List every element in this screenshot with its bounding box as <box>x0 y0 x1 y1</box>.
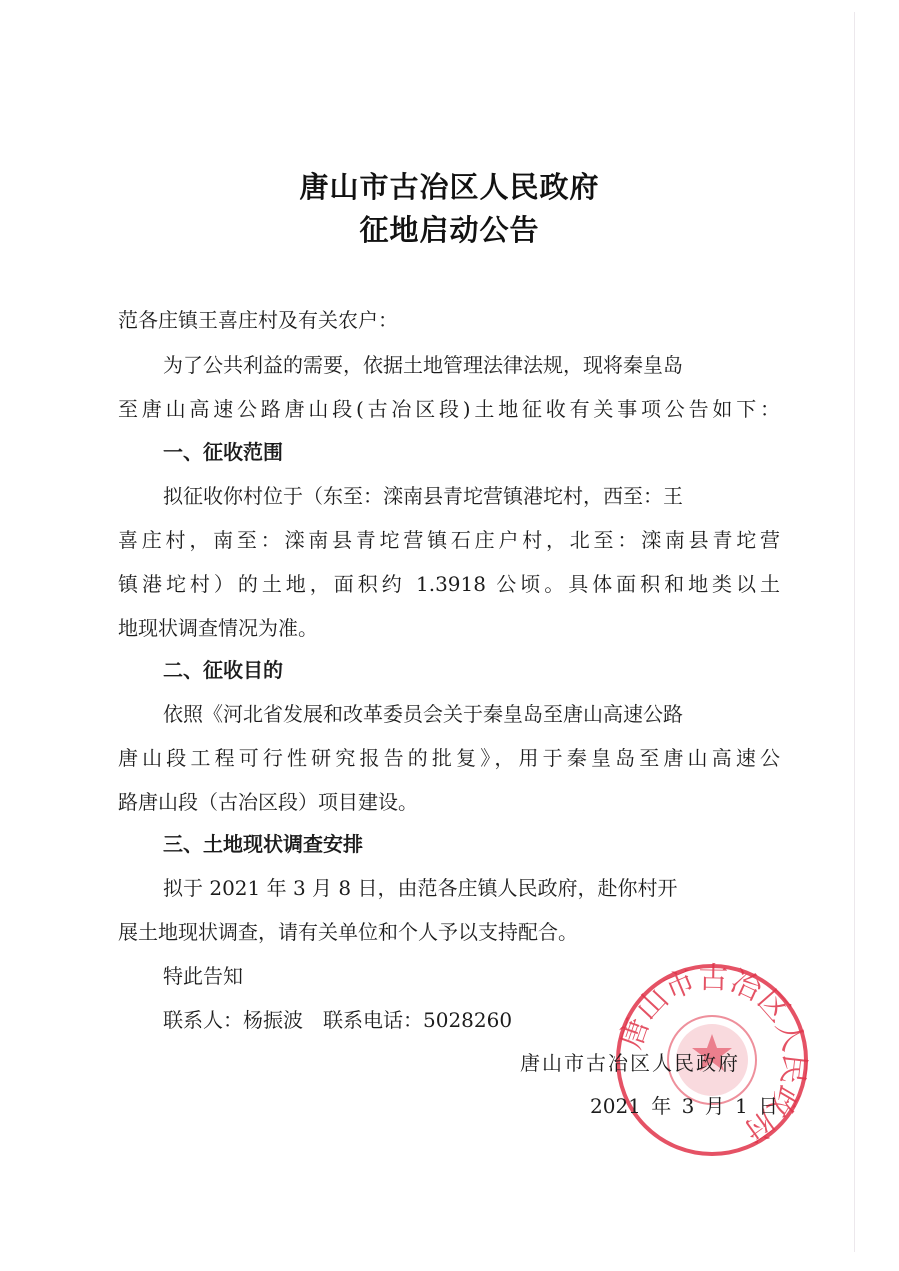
signature-date: 2021 年 3 月 1 日 <box>590 1090 778 1119</box>
survey-line-2: 展土地现状调查，请有关单位和个人予以支持配合。 <box>118 916 578 945</box>
scope-line-3: 镇港坨村）的土地，面积约 1.3918 公顷。具体面积和地类以土 <box>118 568 780 597</box>
intro-line-2: 至唐山高速公路唐山段(古冶区段)土地征收有关事项公告如下： <box>118 393 780 422</box>
purpose-line-2: 唐山段工程可行性研究报告的批复》，用于秦皇岛至唐山高速公 <box>118 742 780 771</box>
closing-text: 特此告知 <box>163 960 243 989</box>
section-heading-purpose: 二、征收目的 <box>163 654 283 683</box>
section-heading-survey: 三、土地现状调查安排 <box>163 828 363 857</box>
section-heading-scope: 一、征收范围 <box>163 436 283 465</box>
purpose-line-1: 依照《河北省发展和改革委员会关于秦皇岛至唐山高速公路 <box>163 698 683 727</box>
scope-line-1: 拟征收你村位于（东至：滦南县青坨营镇港坨村，西至：王 <box>163 480 683 509</box>
scope-line-2: 喜庄村，南至：滦南县青坨营镇石庄户村，北至：滦南县青坨营 <box>118 524 780 553</box>
signature-org: 唐山市古冶区人民政府 <box>520 1047 740 1076</box>
purpose-line-3: 路唐山段（古冶区段）项目建设。 <box>118 786 418 815</box>
document-title: 唐山市古冶区人民政府 <box>0 165 899 206</box>
addressee: 范各庄镇王喜庄村及有关农户： <box>118 304 398 333</box>
document-subtitle: 征地启动公告 <box>0 208 899 249</box>
contact-info: 联系人：杨振波 联系电话：5028260 <box>163 1004 512 1033</box>
survey-line-1: 拟于 2021 年 3 月 8 日，由范各庄镇人民政府，赴你村开 <box>163 872 678 901</box>
intro-line-1: 为了公共利益的需要，依据土地管理法律法规，现将秦皇岛 <box>163 349 683 378</box>
scope-line-4: 地现状调查情况为准。 <box>118 612 318 641</box>
